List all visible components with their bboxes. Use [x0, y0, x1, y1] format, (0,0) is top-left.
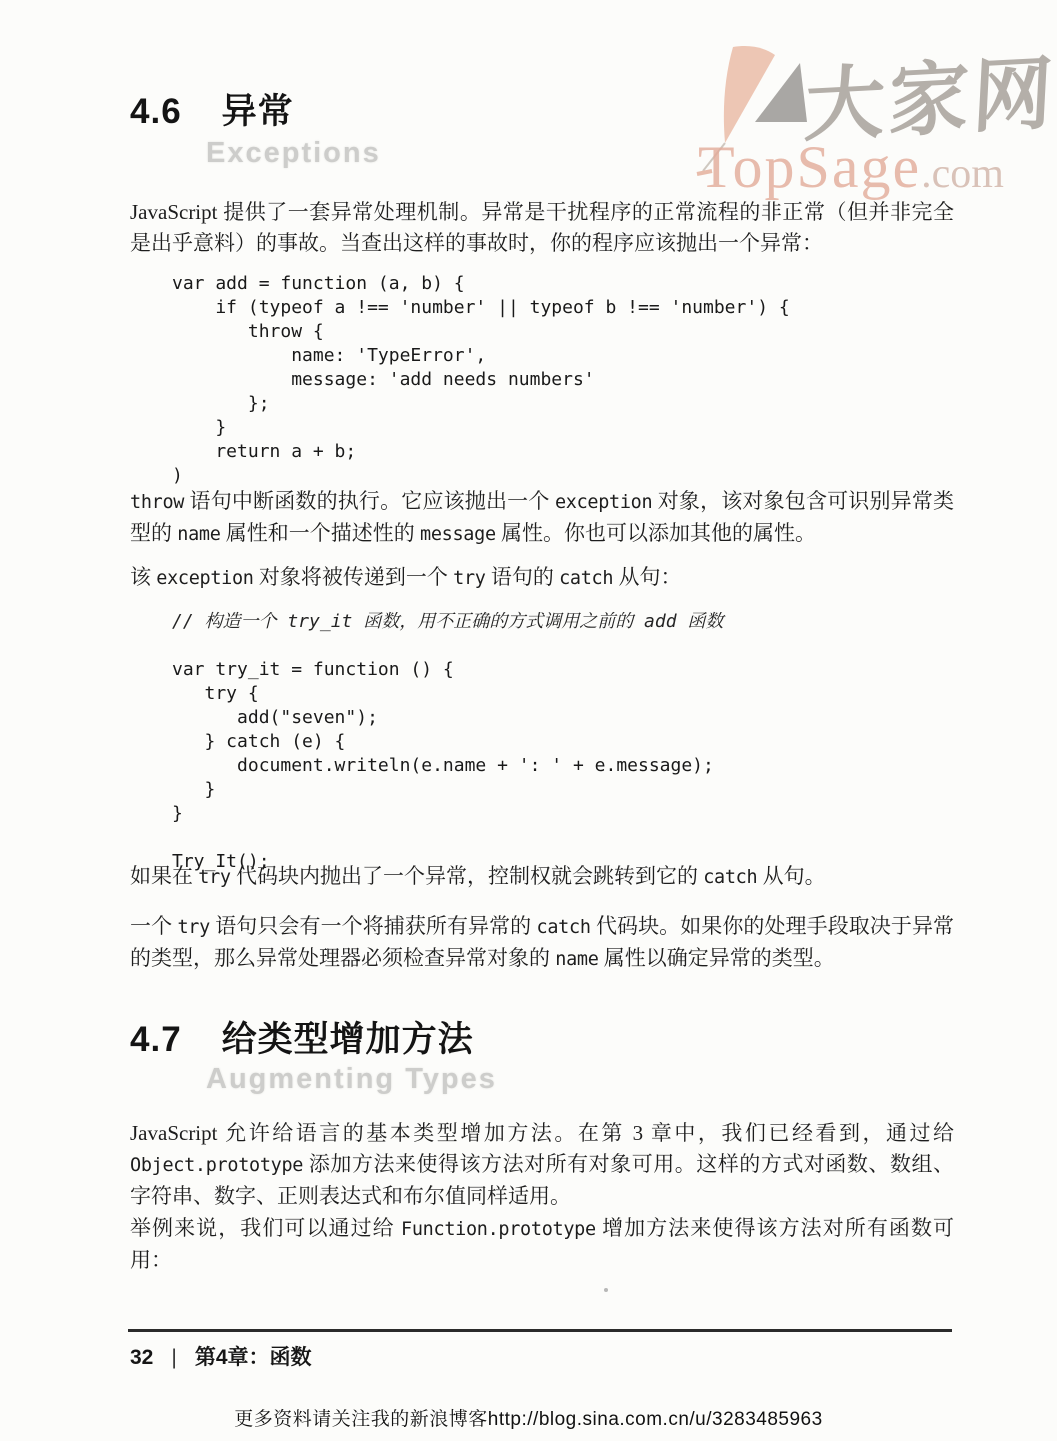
paragraph-throw-statement: throw 语句中断函数的执行。它应该抛出一个 exception 对象，该对象… [130, 486, 954, 550]
section-ghost-title-4-6: Exceptions [206, 137, 381, 170]
section-title: 异常 [222, 84, 294, 134]
section-heading-4-7: 4.7 给类型增加方法 [130, 1012, 474, 1062]
paragraph-exceptions-intro: JavaScript 提供了一套异常处理机制。异常是干扰程序的正常流程的非正常（… [130, 197, 954, 259]
footer-chapter-label: 第4章：函数 [195, 1341, 312, 1371]
section-heading-4-6: 4.6 异常 [130, 84, 294, 134]
section-number: 4.6 [130, 92, 182, 132]
topsage-logo: 大家网 TopSage.com [695, 35, 1045, 205]
paragraph-exception-passed: 该 exception 对象将被传递到一个 try 语句的 catch 从句： [130, 562, 954, 594]
code-comment: // 构造一个 try_it 函数，用不正确的方式调用之前的 add 函数 [172, 610, 723, 634]
book-page: 大家网 TopSage.com 4.6 异常 Exceptions JavaSc… [0, 0, 1057, 1441]
section-ghost-title-4-7: Augmenting Types [206, 1063, 497, 1096]
code-block-add-function: var add = function (a, b) { if (typeof a… [172, 272, 790, 488]
footer-rule [128, 1329, 952, 1332]
code-block-try-it: // 构造一个 try_it 函数，用不正确的方式调用之前的 add 函数 va… [172, 610, 723, 874]
section-number: 4.7 [130, 1020, 182, 1060]
section-title: 给类型增加方法 [222, 1012, 474, 1062]
paragraph-catch-block: 一个 try 语句只会有一个将捕获所有异常的 catch 代码块。如果你的处理手… [130, 911, 954, 975]
footer: 32 | 第4章：函数 [130, 1341, 312, 1371]
site-wordmark: TopSage.com [698, 133, 1004, 202]
footer-page-number: 32 [130, 1346, 153, 1370]
paragraph-augmenting-intro: JavaScript 允许给语言的基本类型增加方法。在第 3 章中，我们已经看到… [130, 1118, 954, 1212]
site-tld: .com [921, 151, 1004, 197]
paragraph-function-prototype: 举例来说，我们可以通过给 Function.prototype 增加方法来使得该… [130, 1213, 954, 1276]
print-speck [604, 1288, 608, 1292]
site-name: TopSage [698, 134, 921, 200]
blog-watermark: 更多资料请关注我的新浪博客http://blog.sina.com.cn/u/3… [0, 1404, 1057, 1431]
footer-separator: | [171, 1346, 176, 1370]
code-lines: var try_it = function () { try { add("se… [172, 634, 723, 874]
paragraph-try-block: 如果在 try 代码块内抛出了一个异常，控制权就会跳转到它的 catch 从句。 [130, 861, 954, 893]
